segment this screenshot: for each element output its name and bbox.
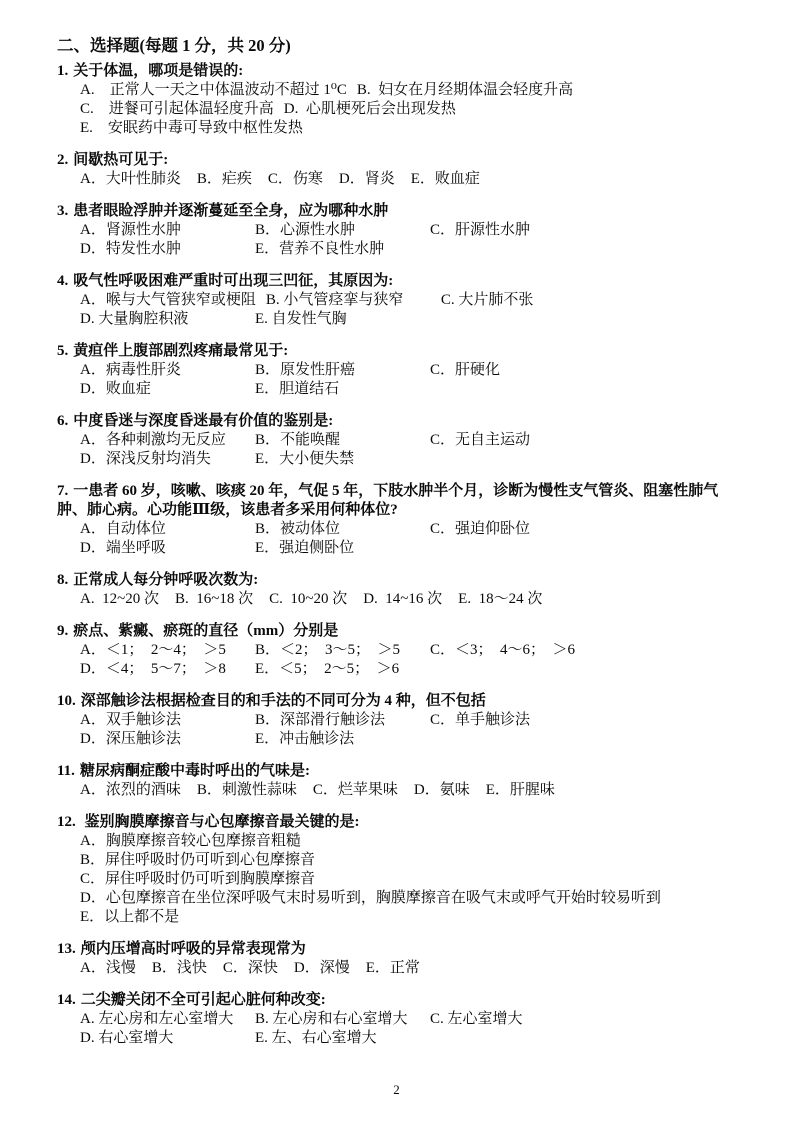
question-stem: 3.患者眼睑浮肿并逐渐蔓延至全身，应为哪种水肿 <box>57 202 738 221</box>
option: A．肾源性水肿 <box>80 221 245 240</box>
question-number: 11. <box>57 762 75 781</box>
page-number: 2 <box>0 1082 793 1098</box>
option: D. 大量胸腔积液 <box>80 310 245 329</box>
option: C．屏住呼吸时仍可听到胸膜摩擦音 <box>80 870 315 889</box>
option-row: A. 12~20 次B. 16~18 次C. 10~20 次D. 14~16 次… <box>57 590 738 609</box>
question-number: 5. <box>57 342 68 361</box>
question-stem: 7.一患者 60 岁，咳嗽、咳痰 20 年，气促 5 年，下肢水肿半个月，诊断为… <box>57 482 738 520</box>
option: E. 自发性气胸 <box>255 310 420 329</box>
option: C．深快 <box>223 959 278 978</box>
option-row: D．深压触诊法E．冲击触诊法 <box>57 730 738 749</box>
option-row: A．浅慢B．浅快C．深快D．深慢E．正常 <box>57 959 738 978</box>
question: 11.糖尿病酮症酸中毒时呼出的气味是:A．浓烈的酒味B．刺激性蒜味C．烂苹果味D… <box>57 762 738 800</box>
option: E．败血症 <box>411 170 480 189</box>
option: B．＜2； 3～5； ＞5 <box>255 641 420 660</box>
option: B. 16~18 次 <box>175 590 253 609</box>
question-number: 13. <box>57 940 76 959</box>
question-stem-text: 鉴别胸膜摩擦音与心包摩擦音最关键的是: <box>81 814 360 830</box>
question-number: 2. <box>57 151 68 170</box>
question: 8.正常成人每分钟呼吸次数为:A. 12~20 次B. 16~18 次C. 10… <box>57 571 738 609</box>
option-row: A．各种刺激均无反应B．不能唤醒C．无自主运动 <box>57 431 738 450</box>
question-stem: 9.瘀点、紫癜、瘀斑的直径（mm）分别是 <box>57 622 738 641</box>
option-row: D．特发性水肿E．营养不良性水肿 <box>57 240 738 259</box>
option: D．深浅反射均消失 <box>80 450 245 469</box>
question-stem-text: 吸气性呼吸困难严重时可出现三凹征，其原因为: <box>73 273 393 289</box>
question-number: 7. <box>57 482 68 501</box>
question-stem: 10.深部触诊法根据检查目的和手法的不同可分为 4 种，但不包括 <box>57 692 738 711</box>
section-title: 二、选择题(每题 1 分，共 20 分) <box>57 35 738 56</box>
question-stem: 8.正常成人每分钟呼吸次数为: <box>57 571 738 590</box>
option: A．喉与大气管狭窄或梗阻 <box>80 291 256 310</box>
option: B．屏住呼吸时仍可听到心包摩擦音 <box>80 851 315 870</box>
option: A．胸膜摩擦音较心包摩擦音粗糙 <box>80 832 301 851</box>
option: D．深压触诊法 <box>80 730 245 749</box>
option-row: A．大叶性肺炎B．疟疾C．伤寒D．肾炎E．败血症 <box>57 170 738 189</box>
option: B. 妇女在月经期体温会轻度升高 <box>357 81 573 100</box>
option: C．烂苹果味 <box>313 781 398 800</box>
question: 1.关于体温，哪项是错误的:A. 正常人一天之中体温波动不超过 1⁰CB. 妇女… <box>57 62 738 138</box>
option: A. 12~20 次 <box>80 590 159 609</box>
option: C. 左心室增大 <box>430 1010 595 1029</box>
question: 6.中度昏迷与深度昏迷最有价值的鉴别是:A．各种刺激均无反应B．不能唤醒C．无自… <box>57 412 738 469</box>
question-number: 9. <box>57 622 68 641</box>
option: A．浅慢 <box>80 959 136 978</box>
question: 2.间歇热可见于:A．大叶性肺炎B．疟疾C．伤寒D．肾炎E．败血症 <box>57 151 738 189</box>
option: A．各种刺激均无反应 <box>80 431 245 450</box>
option: A．双手触诊法 <box>80 711 245 730</box>
option-row: A．喉与大气管狭窄或梗阻B. 小气管痉挛与狭窄C. 大片肺不张 <box>57 291 738 310</box>
option: A．大叶性肺炎 <box>80 170 181 189</box>
option: E．冲击触诊法 <box>255 730 420 749</box>
option: E. 左、右心室增大 <box>255 1029 420 1048</box>
option: C. 大片肺不张 <box>441 291 606 310</box>
question-stem-text: 一患者 60 岁，咳嗽、咳痰 20 年，气促 5 年，下肢水肿半个月，诊断为慢性… <box>57 483 718 518</box>
option: D．肾炎 <box>339 170 395 189</box>
question-stem: 4.吸气性呼吸困难严重时可出现三凹征，其原因为: <box>57 272 738 291</box>
option: C. 进餐可引起体温轻度升高 <box>80 100 274 119</box>
option-row: A. 正常人一天之中体温波动不超过 1⁰CB. 妇女在月经期体温会轻度升高 <box>57 81 738 100</box>
option: E. 18～24 次 <box>458 590 542 609</box>
option: C．无自主运动 <box>430 431 595 450</box>
option: A．自动体位 <box>80 520 245 539</box>
question-stem-text: 间歇热可见于: <box>73 152 168 168</box>
option: D．氨味 <box>414 781 470 800</box>
option: D．＜4； 5～7； ＞8 <box>80 660 245 679</box>
question-number: 4. <box>57 272 68 291</box>
question-stem: 5.黄疸伴上腹部剧烈疼痛最常见于: <box>57 342 738 361</box>
option-row: A．病毒性肝炎B．原发性肝癌C．肝硬化 <box>57 361 738 380</box>
option: A．＜1； 2～4； ＞5 <box>80 641 245 660</box>
option: E．胆道结石 <box>255 380 420 399</box>
option-row: D．端坐呼吸E．强迫侧卧位 <box>57 539 738 558</box>
question-number: 10. <box>57 692 76 711</box>
option: D. 14~16 次 <box>363 590 442 609</box>
question-number: 14. <box>57 991 76 1010</box>
option: D．端坐呼吸 <box>80 539 245 558</box>
option: C．强迫仰卧位 <box>430 520 595 539</box>
option-row: A．肾源性水肿B．心源性水肿C．肝源性水肿 <box>57 221 738 240</box>
option: D．败血症 <box>80 380 245 399</box>
question-stem: 14.二尖瓣关闭不全可引起心脏何种改变: <box>57 991 738 1010</box>
option-row: A．自动体位B．被动体位C．强迫仰卧位 <box>57 520 738 539</box>
question-stem-text: 关于体温，哪项是错误的: <box>73 63 243 79</box>
option: C. 10~20 次 <box>269 590 347 609</box>
option: E．营养不良性水肿 <box>255 240 420 259</box>
question-list: 1.关于体温，哪项是错误的:A. 正常人一天之中体温波动不超过 1⁰CB. 妇女… <box>57 62 738 1048</box>
option: C．肝源性水肿 <box>430 221 595 240</box>
question-stem-text: 患者眼睑浮肿并逐渐蔓延至全身，应为哪种水肿 <box>73 203 388 219</box>
option: A．病毒性肝炎 <box>80 361 245 380</box>
option-row: A．浓烈的酒味B．刺激性蒜味C．烂苹果味D．氨味E．肝腥味 <box>57 781 738 800</box>
option: D. 右心室增大 <box>80 1029 245 1048</box>
option: D. 心肌梗死后会出现发热 <box>284 100 456 119</box>
option-row: D．＜4； 5～7； ＞8E．＜5； 2～5； ＞6 <box>57 660 738 679</box>
option: B. 左心房和右心室增大 <box>255 1010 420 1029</box>
option-row: A．双手触诊法B．深部滑行触诊法C．单手触诊法 <box>57 711 738 730</box>
option: A. 左心房和左心室增大 <box>80 1010 245 1029</box>
question-number: 8. <box>57 571 68 590</box>
question-stem-text: 颅内压增高时呼吸的异常表现常为 <box>81 941 306 957</box>
question-stem-text: 瘀点、紫癜、瘀斑的直径（mm）分别是 <box>73 623 338 639</box>
option: E．大小便失禁 <box>255 450 420 469</box>
question: 4.吸气性呼吸困难严重时可出现三凹征，其原因为:A．喉与大气管狭窄或梗阻B. 小… <box>57 272 738 329</box>
option: E．正常 <box>366 959 420 978</box>
option-row: D. 大量胸腔积液E. 自发性气胸 <box>57 310 738 329</box>
option: E．强迫侧卧位 <box>255 539 420 558</box>
option-row: D. 右心室增大E. 左、右心室增大 <box>57 1029 738 1048</box>
question-stem: 12. 鉴别胸膜摩擦音与心包摩擦音最关键的是: <box>57 813 738 832</box>
option-row: C．屏住呼吸时仍可听到胸膜摩擦音 <box>57 870 738 889</box>
question-number: 12. <box>57 813 76 832</box>
question-stem: 6.中度昏迷与深度昏迷最有价值的鉴别是: <box>57 412 738 431</box>
question: 10.深部触诊法根据检查目的和手法的不同可分为 4 种，但不包括A．双手触诊法B… <box>57 692 738 749</box>
question: 5.黄疸伴上腹部剧烈疼痛最常见于:A．病毒性肝炎B．原发性肝癌C．肝硬化D．败血… <box>57 342 738 399</box>
option: B．深部滑行触诊法 <box>255 711 420 730</box>
option: B．原发性肝癌 <box>255 361 420 380</box>
question-stem-text: 黄疸伴上腹部剧烈疼痛最常见于: <box>73 343 288 359</box>
question-stem: 11.糖尿病酮症酸中毒时呼出的气味是: <box>57 762 738 781</box>
option: C．伤寒 <box>268 170 323 189</box>
option: D．心包摩擦音在坐位深呼吸气末时易听到，胸膜摩擦音在吸气末或呼气开始时较易听到 <box>80 889 661 908</box>
question-stem: 13.颅内压增高时呼吸的异常表现常为 <box>57 940 738 959</box>
option: B．疟疾 <box>197 170 252 189</box>
option: E．＜5； 2～5； ＞6 <box>255 660 420 679</box>
question-stem: 2.间歇热可见于: <box>57 151 738 170</box>
option-row: D．深浅反射均消失E．大小便失禁 <box>57 450 738 469</box>
option-row: D．败血症E．胆道结石 <box>57 380 738 399</box>
question: 14.二尖瓣关闭不全可引起心脏何种改变:A. 左心房和左心室增大B. 左心房和右… <box>57 991 738 1048</box>
option: C．肝硬化 <box>430 361 595 380</box>
option-row: D．心包摩擦音在坐位深呼吸气末时易听到，胸膜摩擦音在吸气末或呼气开始时较易听到 <box>57 889 738 908</box>
option: A. 正常人一天之中体温波动不超过 1⁰C <box>80 81 347 100</box>
option: B．不能唤醒 <box>255 431 420 450</box>
exam-page: 二、选择题(每题 1 分，共 20 分) 1.关于体温，哪项是错误的:A. 正常… <box>0 0 793 1122</box>
question-number: 3. <box>57 202 68 221</box>
option: C．单手触诊法 <box>430 711 595 730</box>
question: 13.颅内压增高时呼吸的异常表现常为A．浅慢B．浅快C．深快D．深慢E．正常 <box>57 940 738 978</box>
question: 9.瘀点、紫癜、瘀斑的直径（mm）分别是A．＜1； 2～4； ＞5B．＜2； 3… <box>57 622 738 679</box>
option: B．刺激性蒜味 <box>197 781 297 800</box>
question: 7.一患者 60 岁，咳嗽、咳痰 20 年，气促 5 年，下肢水肿半个月，诊断为… <box>57 482 738 558</box>
option-row: A．胸膜摩擦音较心包摩擦音粗糙 <box>57 832 738 851</box>
option-row: B．屏住呼吸时仍可听到心包摩擦音 <box>57 851 738 870</box>
option: D．深慢 <box>294 959 350 978</box>
option: B．浅快 <box>152 959 207 978</box>
option: B．心源性水肿 <box>255 221 420 240</box>
option: C．＜3； 4～6； ＞6 <box>430 641 595 660</box>
option-row: A．＜1； 2～4； ＞5B．＜2； 3～5； ＞5C．＜3； 4～6； ＞6 <box>57 641 738 660</box>
option-row: E. 安眠药中毒可导致中枢性发热 <box>57 119 738 138</box>
option: D．特发性水肿 <box>80 240 245 259</box>
question: 12. 鉴别胸膜摩擦音与心包摩擦音最关键的是:A．胸膜摩擦音较心包摩擦音粗糙B．… <box>57 813 738 927</box>
question-stem-text: 深部触诊法根据检查目的和手法的不同可分为 4 种，但不包括 <box>81 693 486 709</box>
question: 3.患者眼睑浮肿并逐渐蔓延至全身，应为哪种水肿A．肾源性水肿B．心源性水肿C．肝… <box>57 202 738 259</box>
option: B. 小气管痉挛与狭窄 <box>266 291 431 310</box>
option: B．被动体位 <box>255 520 420 539</box>
option: E．肝腥味 <box>486 781 555 800</box>
question-number: 1. <box>57 62 68 81</box>
question-number: 6. <box>57 412 68 431</box>
question-stem-text: 正常成人每分钟呼吸次数为: <box>73 572 258 588</box>
option-row: A. 左心房和左心室增大B. 左心房和右心室增大C. 左心室增大 <box>57 1010 738 1029</box>
question-stem-text: 糖尿病酮症酸中毒时呼出的气味是: <box>80 763 310 779</box>
option: E．以上都不是 <box>80 908 179 927</box>
option: A．浓烈的酒味 <box>80 781 181 800</box>
option-row: E．以上都不是 <box>57 908 738 927</box>
question-stem: 1.关于体温，哪项是错误的: <box>57 62 738 81</box>
question-stem-text: 中度昏迷与深度昏迷最有价值的鉴别是: <box>73 413 333 429</box>
option: E. 安眠药中毒可导致中枢性发热 <box>80 119 303 138</box>
question-stem-text: 二尖瓣关闭不全可引起心脏何种改变: <box>81 992 326 1008</box>
option-row: C. 进餐可引起体温轻度升高D. 心肌梗死后会出现发热 <box>57 100 738 119</box>
